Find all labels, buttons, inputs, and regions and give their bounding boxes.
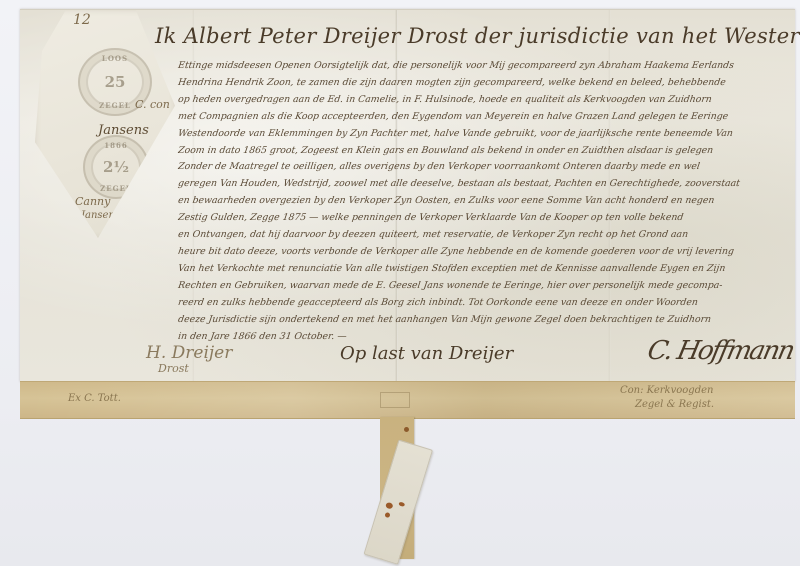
body-line: Ettinge midsdeesen Openen Oorsigtelijk d… bbox=[177, 58, 799, 75]
deed-body: Ettinge midsdeesen Openen Oorsigtelijk d… bbox=[178, 58, 798, 345]
seal-note-jansens: Jansens bbox=[98, 123, 149, 138]
plica-note-left: Ex C. Tott. bbox=[68, 393, 121, 404]
body-line: en Ontvangen, dat hij daarvoor by deezen… bbox=[177, 227, 799, 244]
stamp-label-top: LOOS bbox=[102, 54, 128, 63]
body-line: heure bit dato deeze, voorts verbonde de… bbox=[177, 244, 799, 261]
stamp-value: 25 bbox=[105, 73, 126, 91]
parchment-deed: 12 LOOS 25 ZEGEL C. con 1866 2½ ZEGEL Ca… bbox=[20, 9, 795, 382]
body-line: reerd en zulks hebbende geaccepteerd als… bbox=[177, 295, 799, 312]
signature-drost: H. Dreijer bbox=[146, 343, 232, 363]
body-line: Van het Verkochte met renunciatie Van al… bbox=[177, 261, 799, 278]
body-line: op heden overgedragen aan de Ed. in Came… bbox=[177, 92, 799, 109]
body-line: geregen Van Houden, Wedstrijd, zoowel me… bbox=[177, 176, 799, 193]
stamp-label-bottom: ZEGEL bbox=[100, 184, 132, 193]
stain-icon bbox=[404, 427, 409, 432]
stain-icon bbox=[385, 502, 393, 510]
stamp-label-bottom: ZEGEL bbox=[99, 101, 131, 110]
stain-icon bbox=[398, 501, 405, 507]
seal-tag-slot bbox=[380, 392, 410, 408]
signature-secretary: C. Hoffmann bbox=[645, 336, 796, 366]
signature-op-last: Op last van Dreijer bbox=[340, 343, 513, 364]
plica-note-right-1: Con: Kerkvoogden bbox=[620, 385, 713, 396]
body-line: en bewaarheden overgezien by den Verkope… bbox=[177, 193, 799, 210]
seal-note-jansens-bottom: Jansens bbox=[81, 210, 120, 221]
body-line: Zoom in dato 1865 groot, Zogeest en Klei… bbox=[177, 143, 799, 160]
body-line: Hendrina Hendrik Zoon, te zamen die zijn… bbox=[177, 75, 799, 92]
deed-heading: Ik Albert Peter Dreijer Drost der jurisd… bbox=[155, 24, 800, 48]
folded-plica-band: Ex C. Tott. Con: Kerkvoogden Zegel & Reg… bbox=[20, 381, 795, 419]
seal-number-note: 12 bbox=[73, 12, 91, 28]
signature-drost-title: Drost bbox=[158, 362, 189, 375]
body-line: deeze Jurisdictie sijn ondertekend en me… bbox=[177, 312, 799, 329]
stamp-label-top: 1866 bbox=[104, 141, 127, 150]
stamp-value: 2½ bbox=[103, 158, 129, 176]
seal-note-canny: Canny bbox=[75, 195, 110, 208]
plica-note-right-2: Zegel & Regist. bbox=[635, 399, 714, 410]
body-line: Zonder de Maatregel te oeilligen, alles … bbox=[177, 159, 799, 176]
body-line: Rechten en Gebruiken, waarvan mede de E.… bbox=[177, 278, 799, 295]
stain-icon bbox=[384, 512, 390, 518]
seal-note-ccon: C. con bbox=[135, 98, 170, 111]
embossed-stamp-icon: 1866 2½ ZEGEL bbox=[83, 135, 149, 199]
body-line: met Compagnien als die Koop accepteerden… bbox=[177, 109, 799, 126]
body-line: Zestig Gulden, Zegge 1875 — welke pennin… bbox=[177, 210, 799, 227]
body-line: Westendoorde van Eklemmingen by Zyn Pach… bbox=[177, 126, 799, 143]
